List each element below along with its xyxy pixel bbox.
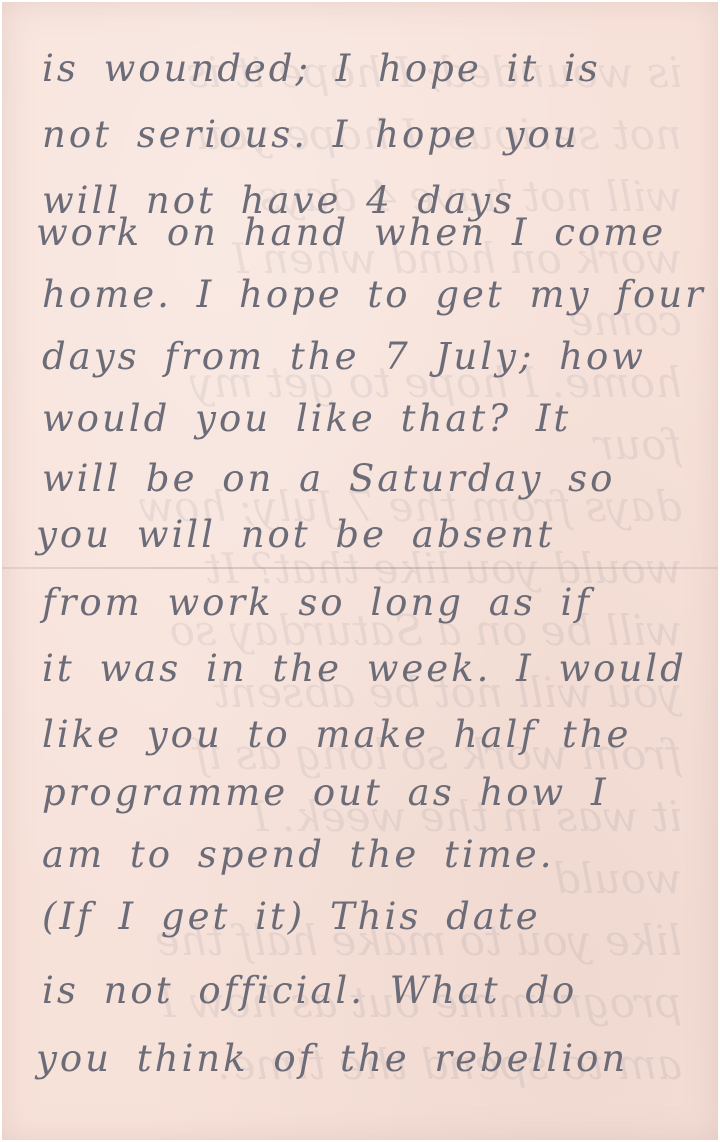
letter-line-10: from work so long as if — [42, 584, 592, 621]
letter-line-5: home. I hope to get my four — [42, 276, 706, 313]
letter-line-2: not serious. I hope you — [42, 116, 580, 153]
letter-line-4: work on hand when I come — [36, 214, 666, 251]
letter-line-14: am to spend the time. — [42, 836, 554, 873]
letter-line-1: is wounded; I hope it is — [42, 50, 601, 87]
letter-line-15: (If I get it) This date — [42, 898, 541, 935]
letter-line-8: will be on a Saturday so — [42, 460, 615, 497]
letter-line-17: you think of the rebellion — [36, 1040, 628, 1077]
letter-line-7: would you like that? It — [42, 400, 571, 437]
letter-line-16: is not official. What do — [42, 972, 577, 1009]
letter-line-13: programme out as how I — [42, 774, 609, 811]
letter-page: is wounded; I hope it is not serious. I … — [2, 2, 718, 1140]
letter-line-9: you will not be absent — [36, 516, 555, 553]
handwritten-letter-body: is wounded; I hope it is not serious. I … — [2, 2, 718, 1140]
letter-line-6: days from the 7 July; how — [42, 338, 646, 375]
letter-line-11: it was in the week. I would — [42, 650, 687, 687]
letter-line-12: like you to make half the — [42, 716, 631, 753]
